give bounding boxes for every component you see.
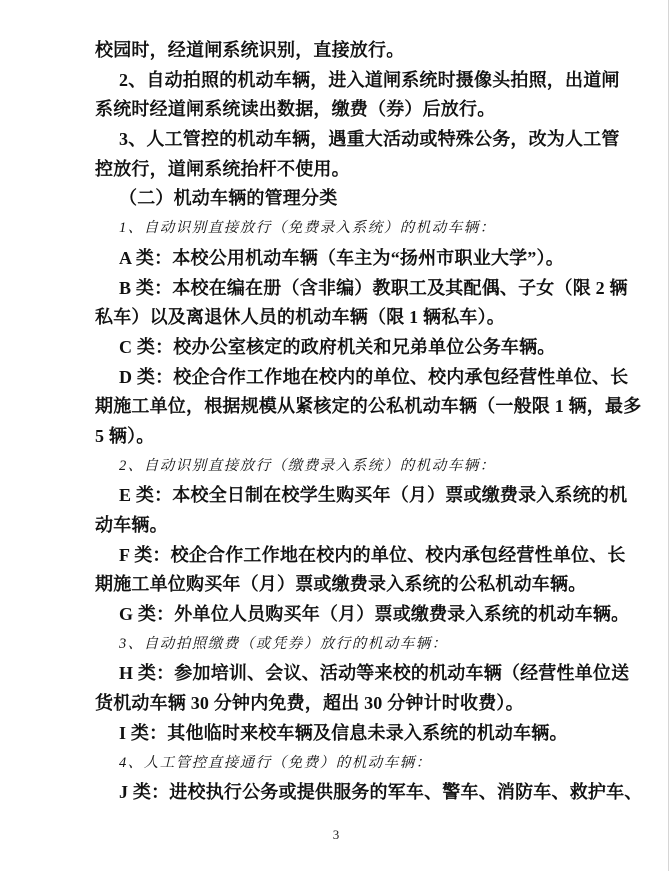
- document-body: 校园时，经道闸系统识别，直接放行。2、自动拍照的机动车辆，进入道闸系统时摄像头拍…: [95, 36, 635, 808]
- text-line: 3、人工管控的机动车辆，遇重大活动或特殊公务，改为人工管: [95, 125, 635, 155]
- text-line: C 类：校办公室核定的政府机关和兄弟单位公务车辆。: [95, 333, 635, 363]
- text-line: 货机动车辆 30 分钟内免费，超出 30 分钟计时收费）。: [95, 689, 635, 719]
- text-line: 私车）以及离退休人员的机动车辆（限 1 辆私车）。: [95, 303, 635, 333]
- text-line: 5 辆）。: [95, 422, 635, 452]
- text-line: I 类：其他临时来校车辆及信息未录入系统的机动车辆。: [95, 719, 635, 749]
- text-line: F 类：校企合作工作地在校内的单位、校内承包经营性单位、长: [95, 541, 635, 571]
- text-line: D 类：校企合作工作地在校内的单位、校内承包经营性单位、长: [95, 363, 635, 393]
- text-line: E 类：本校全日制在校学生购买年（月）票或缴费录入系统的机: [95, 481, 635, 511]
- text-line: 4、人工管控直接通行（免费）的机动车辆：: [95, 749, 635, 779]
- text-line: （二）机动车辆的管理分类: [95, 184, 635, 214]
- text-line: 校园时，经道闸系统识别，直接放行。: [95, 36, 635, 66]
- text-line: 3、自动拍照缴费（或凭券）放行的机动车辆：: [95, 630, 635, 660]
- text-line: G 类：外单位人员购买年（月）票或缴费录入系统的机动车辆。: [95, 600, 635, 630]
- text-line: 2、自动识别直接放行（缴费录入系统）的机动车辆：: [95, 452, 635, 482]
- text-line: 期施工单位购买年（月）票或缴费录入系统的公私机动车辆。: [95, 570, 635, 600]
- text-line: 期施工单位，根据规模从紧核定的公私机动车辆（一般限 1 辆，最多: [95, 392, 635, 422]
- text-line: 系统时经道闸系统读出数据，缴费（券）后放行。: [95, 95, 635, 125]
- page-number: 3: [0, 827, 672, 843]
- text-line: B 类：本校在编在册（含非编）教职工及其配偶、子女（限 2 辆: [95, 274, 635, 304]
- text-line: H 类：参加培训、会议、活动等来校的机动车辆（经营性单位送: [95, 659, 635, 689]
- text-line: 2、自动拍照的机动车辆，进入道闸系统时摄像头拍照，出道闸: [95, 66, 635, 96]
- text-line: 动车辆。: [95, 511, 635, 541]
- text-line: 控放行，道闸系统抬杆不使用。: [95, 155, 635, 185]
- text-line: J 类：进校执行公务或提供服务的军车、警车、消防车、救护车、: [95, 778, 635, 808]
- page-edge-line: [668, 0, 669, 871]
- text-line: 1、自动识别直接放行（免费录入系统）的机动车辆：: [95, 214, 635, 244]
- text-line: A 类：本校公用机动车辆（车主为“扬州市职业大学”）。: [95, 244, 635, 274]
